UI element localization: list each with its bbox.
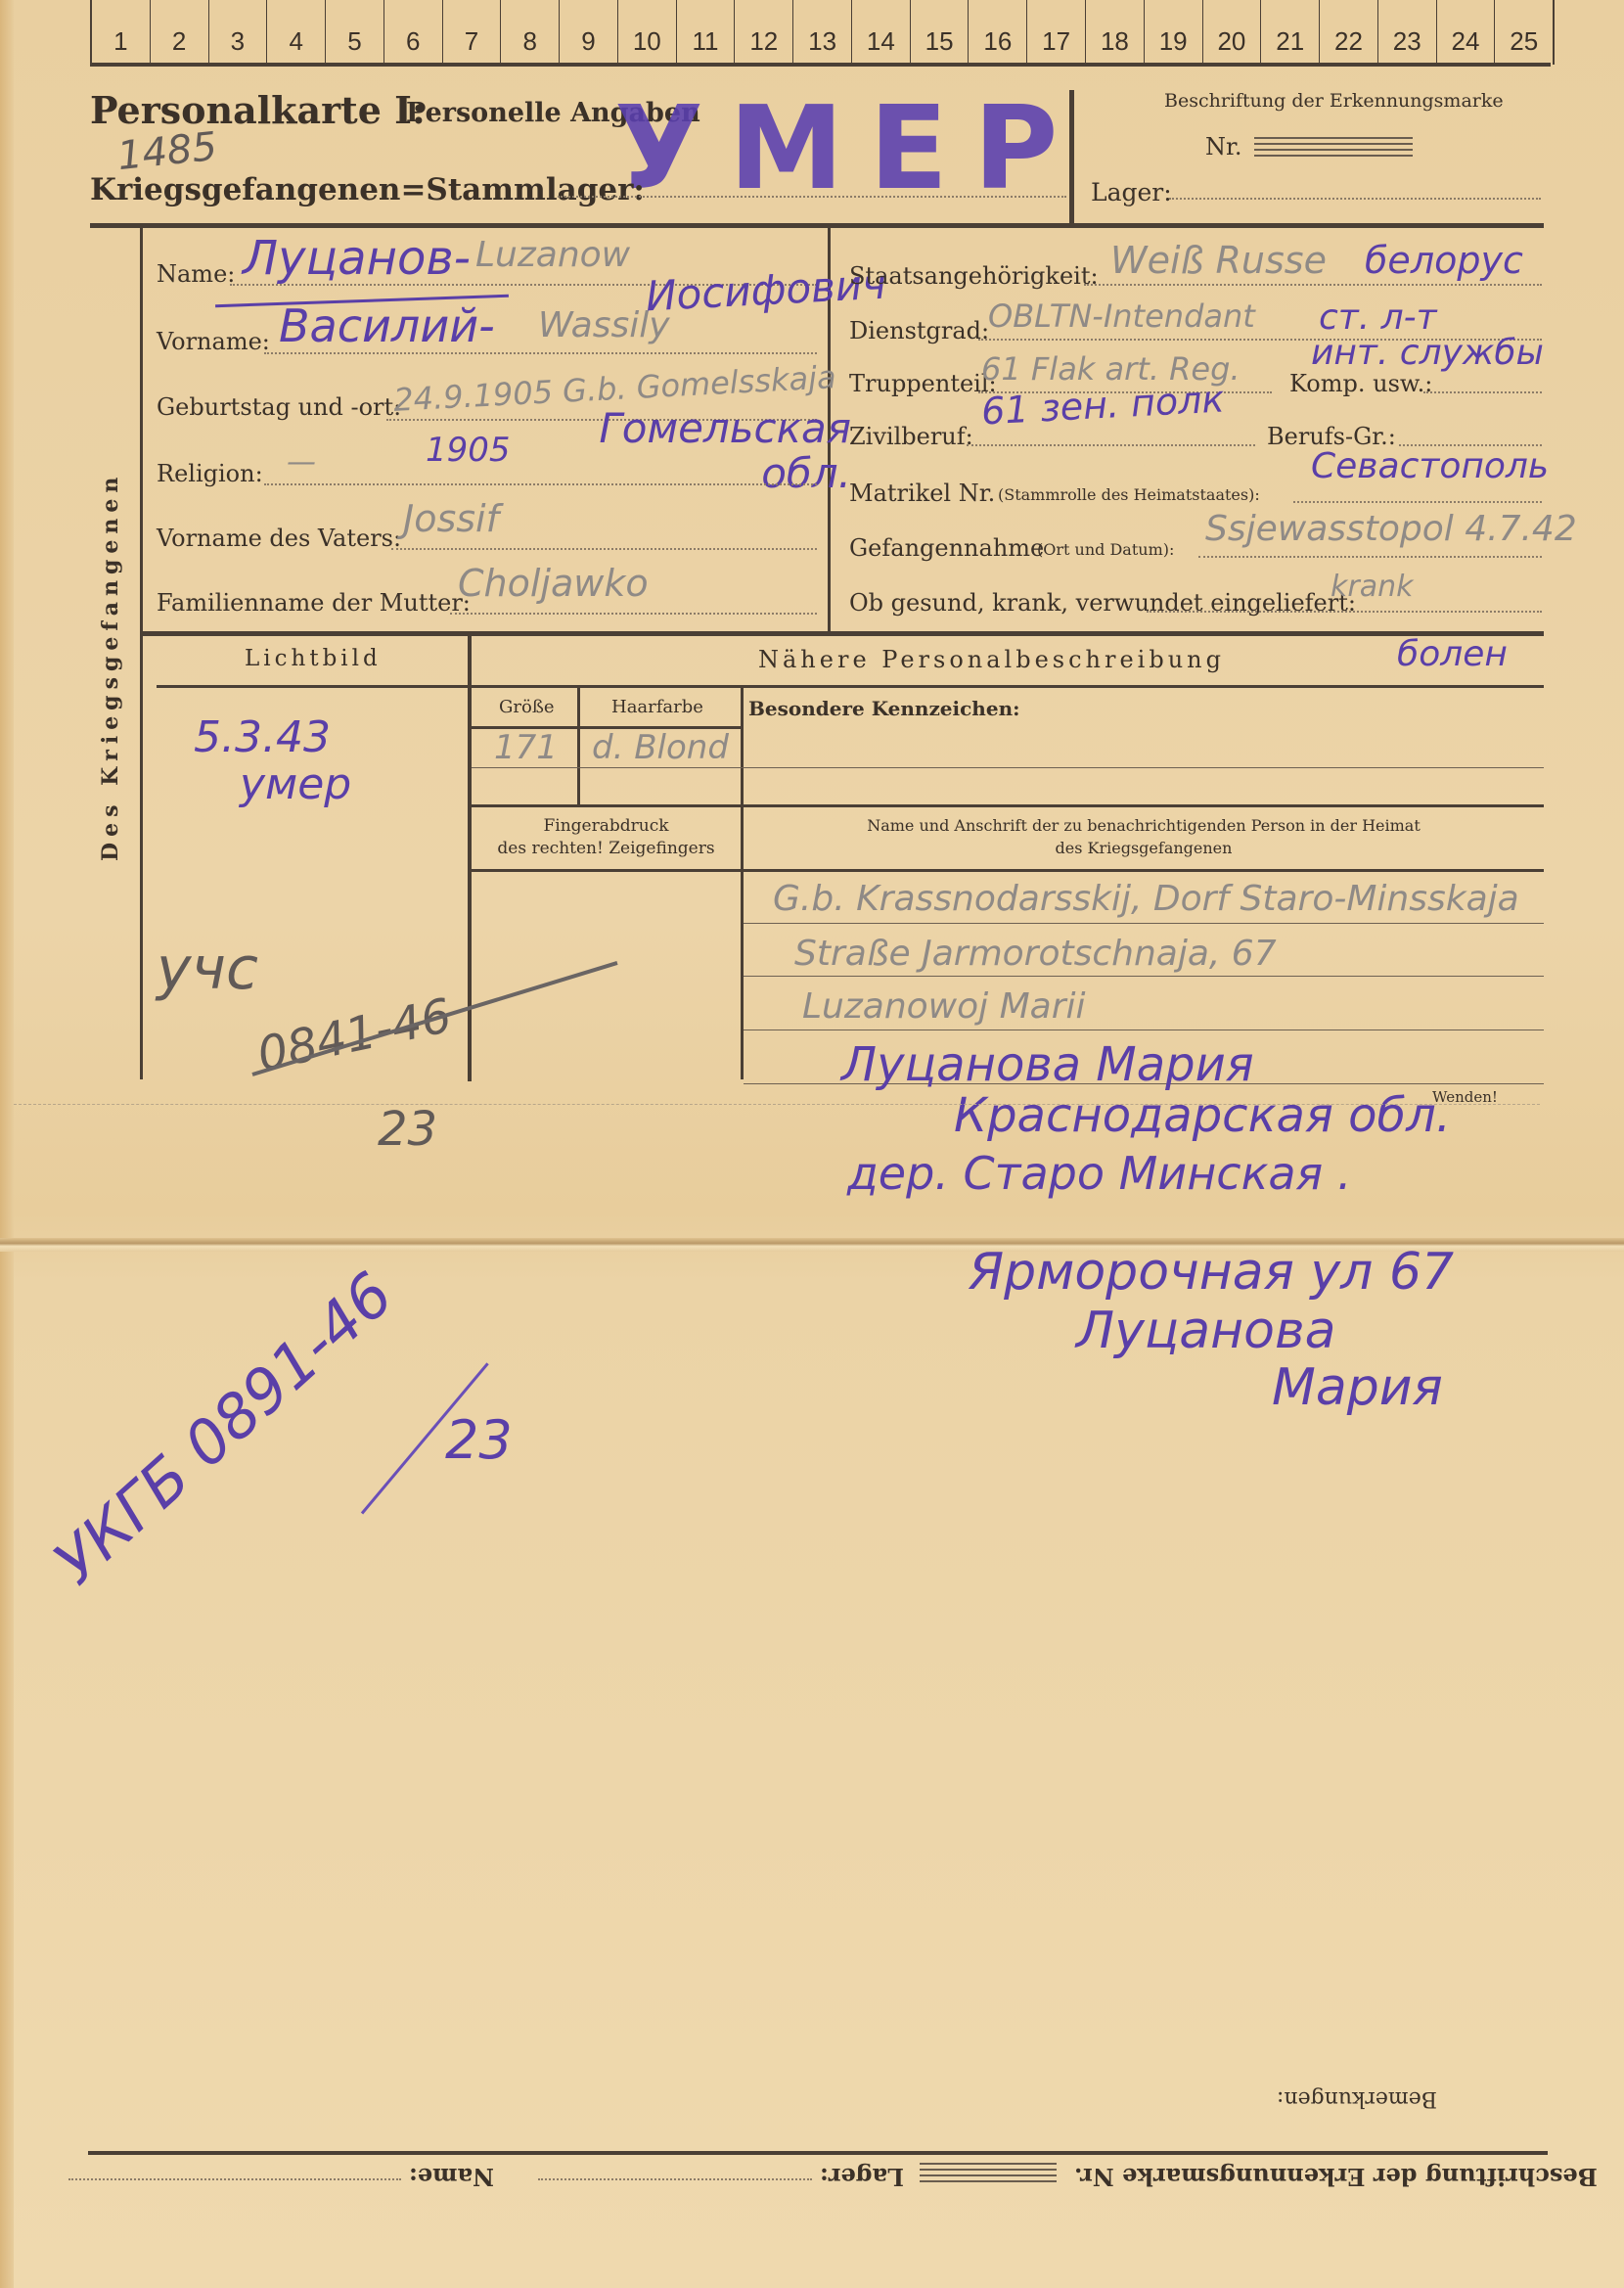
fingerprint-label-1: Fingerabdruck xyxy=(472,816,741,836)
contact-label-2: des Kriegsgefangenen xyxy=(744,839,1544,857)
strip-number: 2 xyxy=(151,0,209,65)
erkennungsmarke-label: Beschriftung der Erkennungsmarke xyxy=(1164,90,1504,112)
remarks-label: Bemerkungen: xyxy=(1277,2086,1437,2111)
field-label-unit: Truppenteil: xyxy=(849,370,997,397)
mother-field xyxy=(450,613,817,615)
strip-number: 15 xyxy=(911,0,970,65)
size-divider xyxy=(577,688,580,805)
strip-number: 8 xyxy=(501,0,560,65)
field-label-rank: Dienstgrad: xyxy=(849,317,989,344)
ink-died-note: умер xyxy=(240,759,351,809)
field-label-citizenship: Staatsangehörigkeit: xyxy=(849,262,1099,290)
size-hair-midline xyxy=(472,767,1544,768)
ink-rank-service: инт. службы xyxy=(1311,333,1544,373)
number-strip: 1 2 3 4 5 6 7 8 9 10 11 12 13 14 15 16 1… xyxy=(90,0,1555,65)
pencil-surname: Luzanow xyxy=(475,235,630,275)
ink-birth-year: 1905 xyxy=(426,431,511,470)
strip-number: 10 xyxy=(618,0,677,65)
ink-citizenship: белорус xyxy=(1365,239,1523,282)
ink-surname: Луцанов- xyxy=(243,231,471,286)
field-label-capture-note: (Ort und Datum): xyxy=(1037,540,1174,559)
pencil-capture: Ssjewasstopol 4.7.42 xyxy=(1205,509,1577,549)
lichtbild-header: Lichtbild xyxy=(245,646,382,671)
footer-nr-lines xyxy=(920,2163,1057,2186)
kennzeichen-divider xyxy=(741,688,744,1079)
footer-lager: Lager: xyxy=(820,2163,904,2191)
strip-number: 21 xyxy=(1261,0,1320,65)
strip-number: 4 xyxy=(267,0,326,65)
strip-number: 19 xyxy=(1145,0,1203,65)
pencil-card-number: 1485 xyxy=(115,124,219,179)
field-label-religion: Religion: xyxy=(157,460,263,487)
contact-line xyxy=(744,923,1544,924)
pencil-size: 171 xyxy=(494,728,558,767)
pencil-citizenship: Weiß Russe xyxy=(1110,239,1327,282)
ink-address-line-2: Луцанова xyxy=(1076,1302,1335,1360)
header-divider xyxy=(1069,90,1074,225)
side-label: Des Kriegsgefangenen xyxy=(98,472,123,861)
strip-number: 12 xyxy=(735,0,793,65)
footer-name: Name: xyxy=(409,2163,494,2191)
strip-number: 14 xyxy=(852,0,911,65)
pencil-father: Jossif xyxy=(403,497,499,540)
capture-field xyxy=(1198,556,1542,558)
pencil-contact-line-2: Straße Jarmorotschnaja, 67 xyxy=(794,934,1277,974)
pencil-religion: — xyxy=(287,445,316,480)
field-label-matrikel-note: (Stammrolle des Heimatstaates): xyxy=(998,485,1260,504)
field-label-civil-job: Zivilberuf: xyxy=(849,423,973,450)
field-label-capture: Gefangennahme xyxy=(849,534,1044,562)
mid-rule xyxy=(140,631,1544,636)
religion-field xyxy=(264,483,817,485)
field-label-mother: Familienname der Mutter: xyxy=(157,589,471,617)
strip-number: 5 xyxy=(326,0,384,65)
hair-label: Haarfarbe xyxy=(611,697,703,717)
kennzeichen-label: Besondere Kennzeichen: xyxy=(748,697,1020,720)
strip-number: 13 xyxy=(793,0,852,65)
field-label-birth: Geburtstag und -ort: xyxy=(157,393,401,421)
field-label-company: Komp. usw.: xyxy=(1289,370,1432,397)
ink-death-date: 5.3.43 xyxy=(194,712,331,762)
strip-number: 20 xyxy=(1203,0,1262,65)
pencil-health: krank xyxy=(1331,570,1413,604)
strip-number: 7 xyxy=(443,0,502,65)
card-title: Personalkarte I: xyxy=(90,88,426,132)
main-left-rule xyxy=(140,228,143,1079)
health-field xyxy=(1147,611,1542,613)
footer-rule xyxy=(88,2151,1548,2155)
strip-number: 22 xyxy=(1320,0,1378,65)
strip-number: 24 xyxy=(1437,0,1496,65)
ink-firstname: Василий- xyxy=(279,299,495,352)
strip-number: 6 xyxy=(384,0,443,65)
pencil-contact-line-3: Luzanowoj Marii xyxy=(802,986,1086,1027)
pencil-uchs-note: учс xyxy=(157,935,258,1003)
strip-number: 17 xyxy=(1027,0,1086,65)
lichtbild-header-rule xyxy=(157,685,468,688)
pencil-ref-sub: 23 xyxy=(378,1102,437,1157)
father-field xyxy=(391,548,817,550)
strip-number: 25 xyxy=(1495,0,1553,65)
ink-sevastopol: Севастополь xyxy=(1311,446,1549,486)
ink-contact-line-1: Луцанова Мария xyxy=(841,1037,1254,1092)
lager-label: Lager: xyxy=(1091,178,1172,206)
contact-top-rule xyxy=(472,869,1544,872)
footer-erkennungsmarke: Beschriftung der Erkennungsmarke Nr. xyxy=(1074,2163,1598,2191)
field-label-vorname: Vorname: xyxy=(157,328,270,355)
strip-number: 11 xyxy=(677,0,736,65)
pencil-mother: Choljawko xyxy=(458,562,649,605)
pencil-ref-number: 0841-46 xyxy=(252,988,456,1082)
citizenship-field xyxy=(1084,284,1542,286)
civil-job-field xyxy=(967,444,1255,446)
lager-field xyxy=(1169,198,1541,200)
size-label: Größe xyxy=(499,697,555,717)
company-field xyxy=(1423,391,1542,393)
strip-number: 16 xyxy=(969,0,1027,65)
main-top-rule xyxy=(90,223,1544,228)
ink-address-line-3: Мария xyxy=(1272,1358,1443,1417)
ink-kgb-ref: УКГБ 0891-46 xyxy=(40,1258,406,1598)
strip-number: 23 xyxy=(1378,0,1437,65)
pencil-contact-line-1: G.b. Krassnodarsskij, Dorf Staro-Minsska… xyxy=(773,879,1519,919)
contact-line xyxy=(744,976,1544,977)
field-label-father: Vorname des Vaters: xyxy=(157,525,401,552)
ink-address-line-1: Ярморочная ул 67 xyxy=(969,1243,1454,1302)
lichtbild-divider xyxy=(468,636,472,1081)
fingerprint-label-2: des rechten! Zeigefingers xyxy=(472,839,741,858)
strip-number: 3 xyxy=(209,0,268,65)
fingerprint-top-rule xyxy=(472,804,1544,807)
description-header: Nähere Personalbeschreibung xyxy=(758,646,1225,673)
ink-kgb-ref-sub: 23 xyxy=(445,1409,513,1471)
matrikel-field xyxy=(1293,501,1542,503)
nr-field-lines xyxy=(1254,137,1413,159)
stammlager-label: Kriegsgefangenen=Stammlager: xyxy=(90,172,645,207)
ink-rank: ст. л-т xyxy=(1319,297,1437,338)
footer-name-field xyxy=(68,2178,401,2180)
ink-contact-line-2: Краснодарская обл. xyxy=(954,1088,1451,1143)
ink-health: болен xyxy=(1397,634,1508,674)
description-header-rule xyxy=(472,685,1544,688)
contact-label-1: Name und Anschrift der zu benachrichtige… xyxy=(744,816,1544,835)
pencil-hair: d. Blond xyxy=(592,728,729,767)
paper-edge xyxy=(0,0,14,2288)
strip-number: 1 xyxy=(92,0,151,65)
vorname-field xyxy=(264,352,817,354)
stammlager-field xyxy=(558,196,1066,198)
ink-contact-line-3: дер. Старо Минская . xyxy=(847,1147,1351,1200)
footer-lager-field xyxy=(538,2178,812,2180)
field-label-matrikel: Matrikel Nr. xyxy=(849,480,995,507)
nr-label: Nr. xyxy=(1205,133,1241,160)
strip-divider xyxy=(90,63,1551,67)
contact-line xyxy=(744,1030,1544,1030)
pencil-rank: OBLTN-Intendant xyxy=(988,297,1255,335)
perforation-line xyxy=(14,1104,1540,1105)
field-label-name: Name: xyxy=(157,260,235,288)
strip-number: 9 xyxy=(560,0,618,65)
strip-number: 18 xyxy=(1086,0,1145,65)
